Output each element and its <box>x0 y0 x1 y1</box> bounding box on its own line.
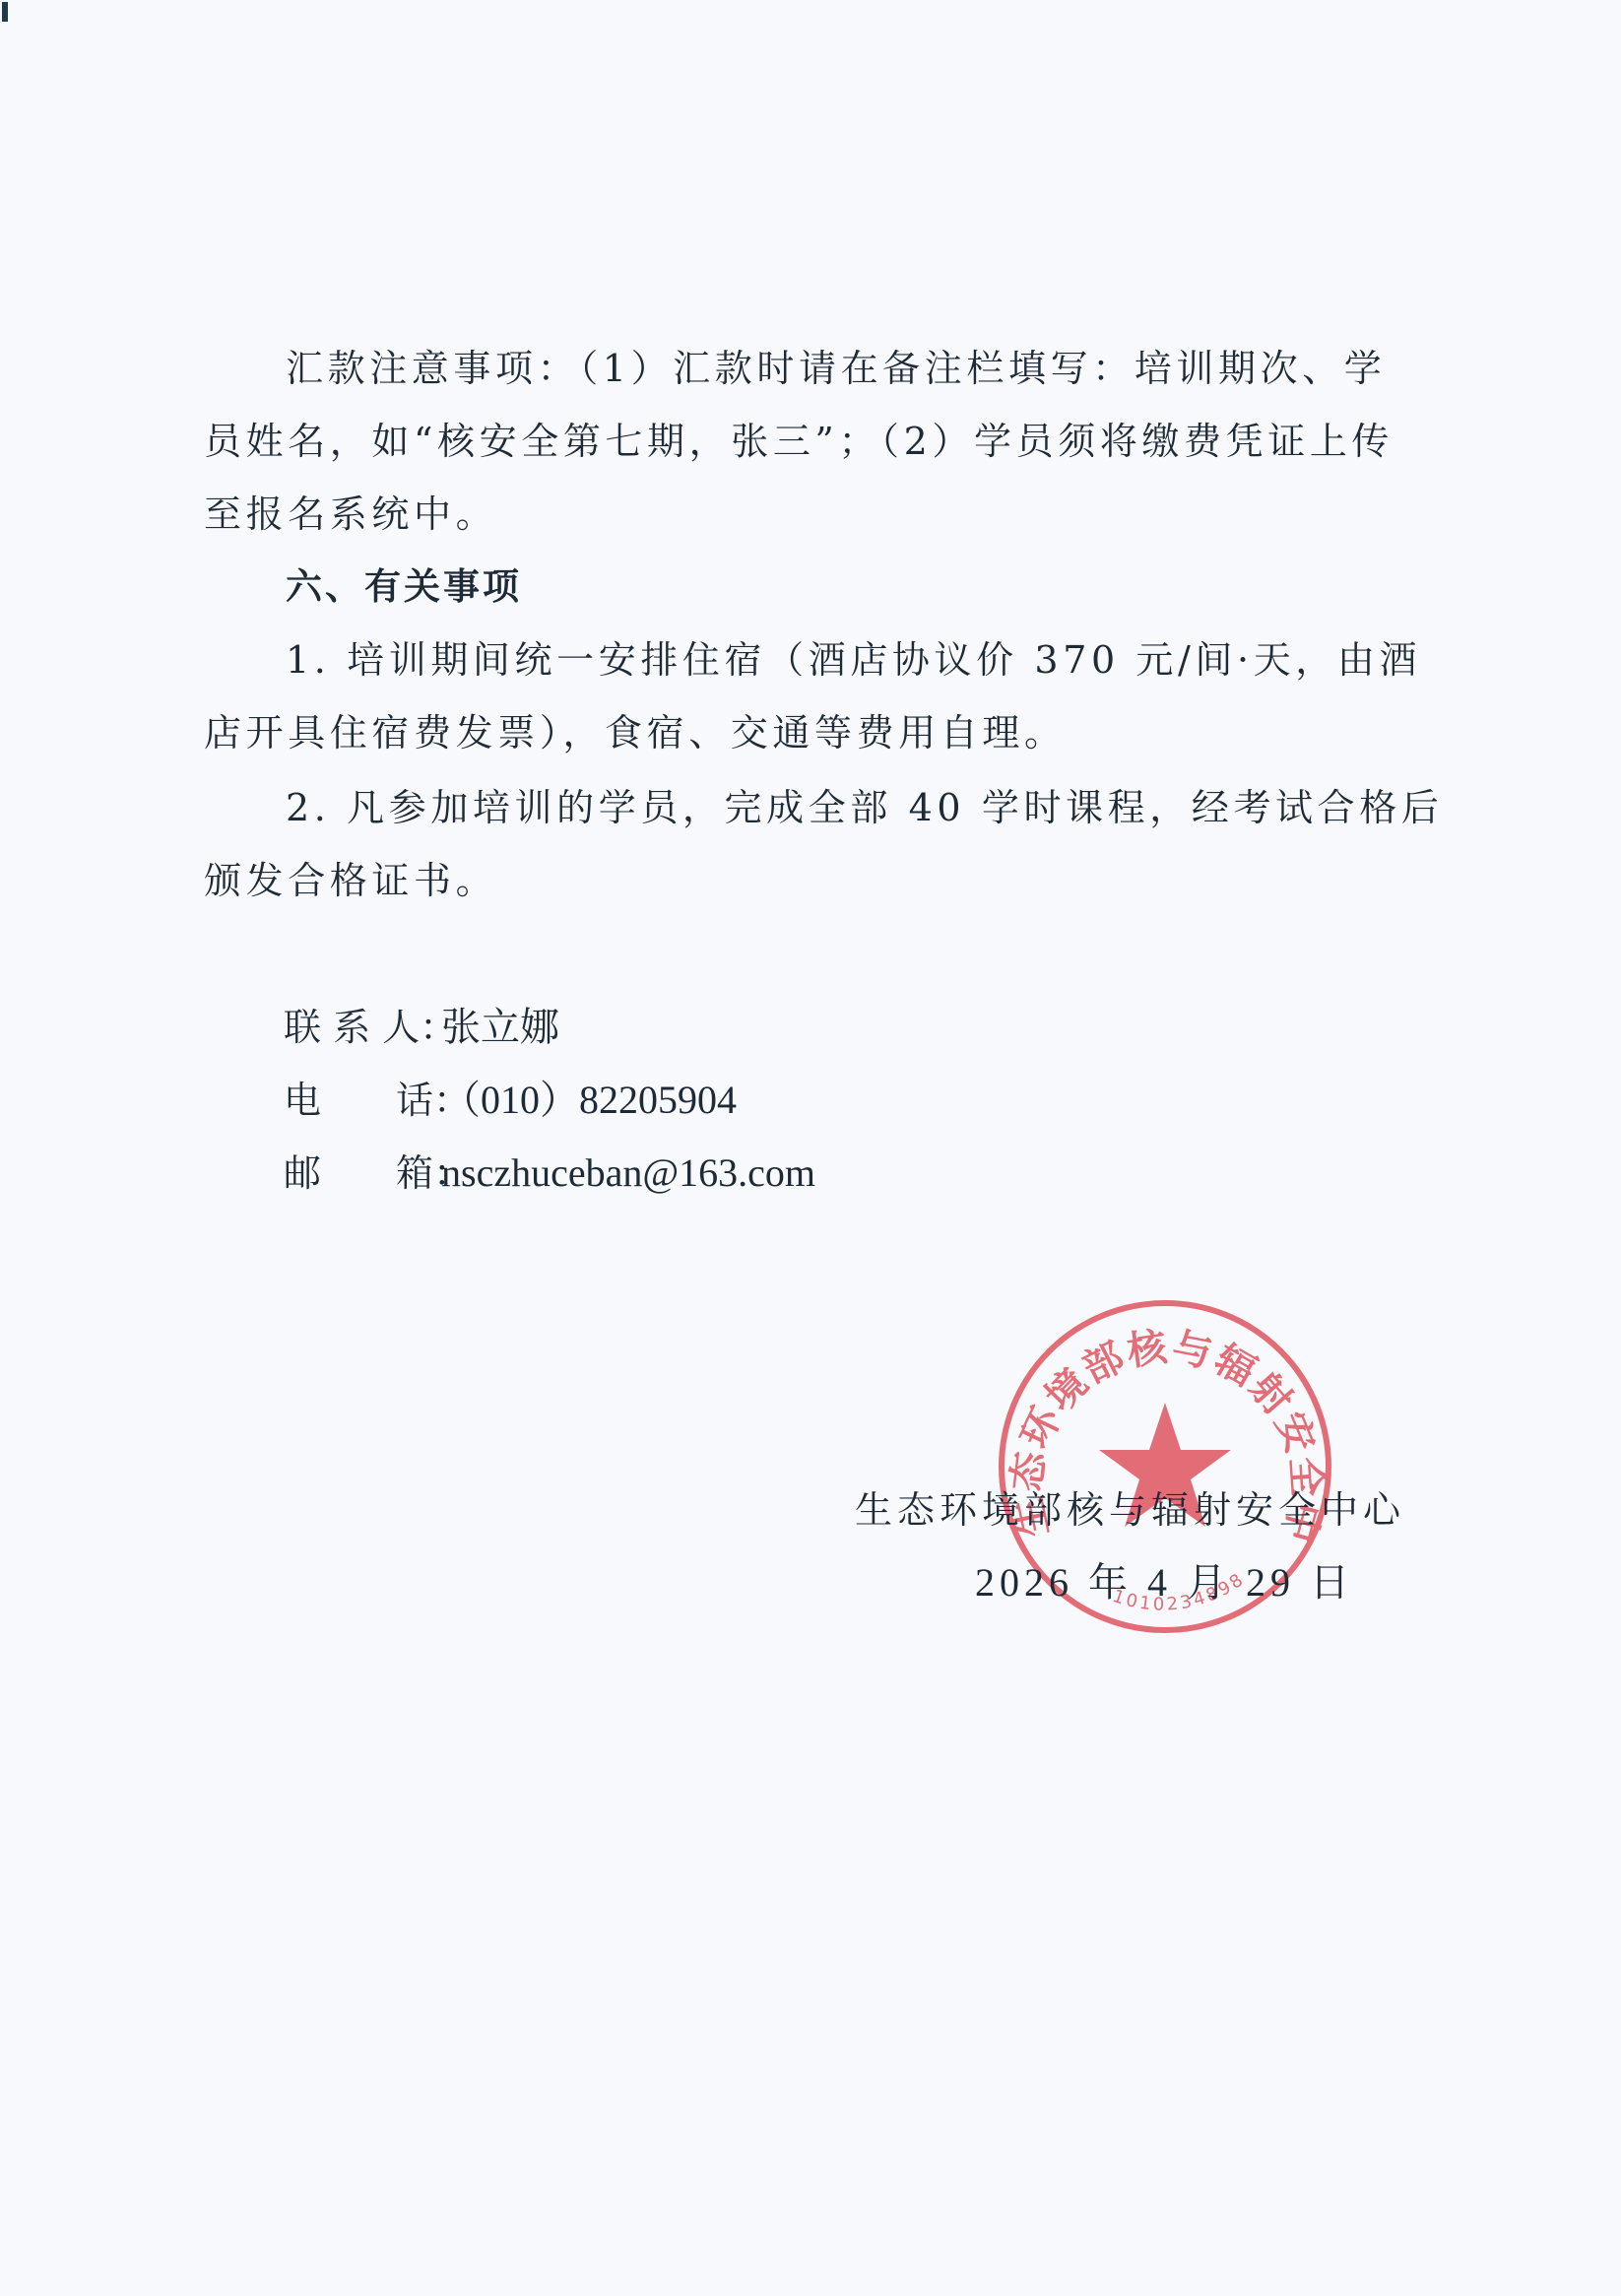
contact-phone-label: 电 话： <box>284 1076 441 1125</box>
scan-edge-mark <box>2 2 8 22</box>
contact-email-label: 邮 箱： <box>284 1148 441 1198</box>
remittance-note-line-1: 汇款注意事项：（1）汇款时请在备注栏填写：培训期次、学 <box>286 344 1386 393</box>
section-six-item-1-line-2: 店开具住宿费发票），食宿、交通等费用自理。 <box>204 708 1067 757</box>
contact-person-row: 联 系 人： 张立娜 <box>284 1003 559 1052</box>
section-six-item-2-line-1: 2. 凡参加培训的学员，完成全部 40 学时课程，经考试合格后 <box>286 783 1443 832</box>
section-six-heading: 六、有关事项 <box>286 562 522 612</box>
contact-person-value: 张立娜 <box>441 1003 559 1052</box>
contact-email-value: nsczhuceban@163.com <box>441 1148 815 1198</box>
section-six-item-2-line-2: 颁发合格证书。 <box>204 856 497 905</box>
remittance-note-line-2: 员姓名，如“核安全第七期，张三”；（2）学员须将缴费凭证上传 <box>204 417 1394 466</box>
remittance-note-line-3: 至报名系统中。 <box>204 490 497 539</box>
signature-organization: 生态环境部核与辐射安全中心 <box>855 1485 1405 1535</box>
contact-person-label: 联 系 人： <box>284 1003 441 1052</box>
document-page: 汇款注意事项：（1）汇款时请在备注栏填写：培训期次、学 员姓名，如“核安全第七期… <box>0 0 1621 2296</box>
contact-phone-row: 电 话： （010）82205904 <box>284 1076 737 1125</box>
contact-email-row: 邮 箱： nsczhuceban@163.com <box>284 1148 815 1198</box>
signature-date: 2026 年 4 月 29 日 <box>975 1558 1354 1607</box>
contact-phone-value: （010）82205904 <box>441 1076 737 1125</box>
section-six-item-1-line-1: 1. 培训期间统一安排住宿（酒店协议价 370 元/间·天，由酒 <box>286 635 1421 685</box>
